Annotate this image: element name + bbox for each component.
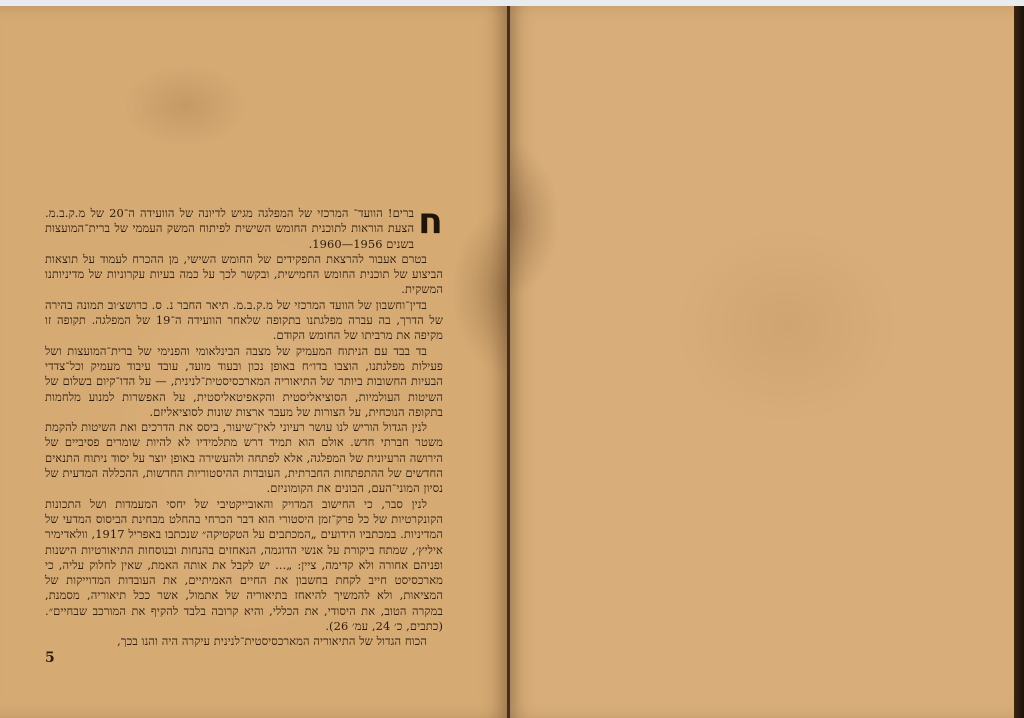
book-spread: ח ברים! הוועד־ המרכזי של המפלגה מגיש לדי…: [0, 6, 1024, 718]
body-text: ח ברים! הוועד־ המרכזי של המפלגה מגיש לדי…: [45, 206, 443, 650]
paragraph-7: הכוח הגדול של התיאוריה המארכסיסטית־לניני…: [45, 634, 443, 649]
left-page: ח ברים! הוועד־ המרכזי של המפלגה מגיש לדי…: [0, 6, 508, 718]
paragraph-6: לנין סבר, כי החישוב המדויק והאובייקטיבי …: [45, 497, 443, 635]
page-number: 5: [45, 650, 55, 666]
paragraph-4: בד בבד עם הניתוח המעמיק של מצבה הבינלאומ…: [45, 344, 443, 420]
book-edge: [1014, 6, 1024, 718]
paragraph-1: ברים! הוועד־ המרכזי של המפלגה מגיש לדיונ…: [45, 206, 443, 252]
drop-cap: ח: [418, 207, 443, 237]
paragraph-3: בדין־וחשבון של הוועד המרכזי של מ.ק.ב.מ. …: [45, 298, 443, 344]
paragraph-2: בטרם אעבור להרצאת התפקידים של החומש השיש…: [45, 252, 443, 298]
paragraph-5: לנין הגדול הוריש לנו עושר רעיוני לאין־שי…: [45, 420, 443, 496]
right-page-blank: [510, 6, 1014, 718]
